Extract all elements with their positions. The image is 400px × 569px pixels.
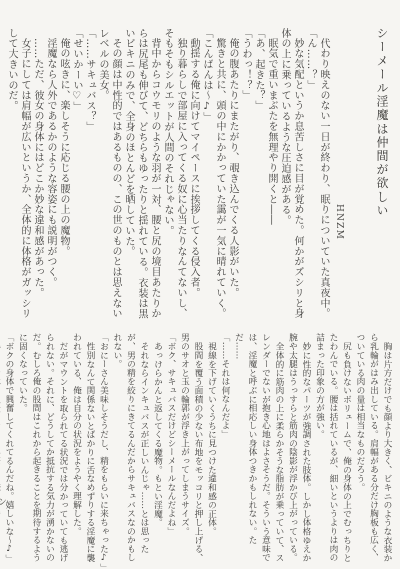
narration-paragraph: ……ただ、彼女の身体にはどこか妙な違和感があった。: [31, 28, 44, 320]
narration-paragraph: 尻も負けないボリュームで、俺の身体の上でむっちりとたわんでいる。腰は括れているが…: [312, 333, 353, 568]
narration-paragraph: 全体的に筋肉の上に柔らかそうな脂肪が乗っていて、スレンダーでないが抱き心地はよさ…: [231, 333, 285, 568]
dialogue-line: 「うわっ！？」: [239, 28, 252, 320]
lower-text-block: 胸は片方だけでも顔より大きく、ビキニのような衣装から乳輪がはみ出している。肩幅が…: [13, 333, 393, 568]
dialogue-line: 「……それは何なんだよ」: [218, 333, 232, 568]
page-title: シーメール淫魔は仲間が欲しい: [374, 27, 391, 227]
narration-paragraph: 女子にしては肩幅が広いというか、全体的に体格がガッシリして大きいのだ。: [5, 28, 31, 320]
narration-paragraph: だがマウントを取られてる状況では分かっていても逃げられない。それに、どうしてか抵…: [15, 333, 69, 568]
narration-paragraph: それならインキュバスが正しいんじゃ……とは思ったが、男の精を絞りにきてるんだから…: [110, 333, 151, 568]
narration-paragraph: 代わり映えのない一日が終わり、眠りについていた真夜中。: [317, 28, 330, 320]
novel-page: シーメール淫魔は仲間が欲しい HNZM 代わり映えのない一日が終わり、眠りについ…: [0, 0, 400, 569]
author-credit: HNZM: [334, 204, 344, 252]
narration-paragraph: 胸は片方だけでも顔より大きく、ビキニのような衣装から乳輪がはみ出している。肩幅が…: [353, 333, 394, 568]
page-edge-glyph: ン: [0, 497, 8, 517]
dialogue-line: 「おにーさん美味しそうだし、精をもらいに来ちゃった♪」: [96, 333, 110, 568]
dialogue-line: 「ボク、サキュバスだけどシーメールなんだよね」: [164, 333, 178, 568]
narration-paragraph: 俺の呟きに、楽しそうに応じる腰の上の魔物。: [57, 28, 70, 320]
narration-paragraph: 妙な気配というか息苦しさに目が覚めた。何かがズシリと身体の上に乗っているような圧…: [278, 28, 304, 320]
dialogue-line: 「あ、起きた？」: [252, 28, 265, 320]
narration-paragraph: 妙に性的なパーツが強調された肢体。しかし体格ゆえか腕や太腿はうっすらと筋肉の陰影…: [285, 333, 312, 568]
narration-paragraph: 視線を下げていくうちに見つけた違和感の正体。: [204, 333, 218, 568]
narration-paragraph: あっけらかんと返してくる魔物。もとい淫魔。: [150, 333, 164, 568]
narration-paragraph: 眠気で重いまぶたを無理やり開くと――: [265, 28, 278, 320]
dialogue-line: 「せいかーい♡」: [70, 28, 83, 320]
narration-paragraph: 驚きと共に、頭の中にかかっていた靄が一気に晴れていく。: [213, 28, 226, 320]
upper-text-block: 代わり映えのない一日が終わり、眠りについていた真夜中。「ん……？」妙な気配という…: [0, 28, 330, 320]
dialogue-line: 「……サキュバス？」: [83, 28, 96, 320]
narration-paragraph: 性別なんて関係ないとばかりに舌なめずりする淫魔に襲われている、俺は自分の状況をよ…: [69, 333, 96, 568]
narration-paragraph: 俺の腹あたりにまたがり、覗き込んでくる人影がいた。: [226, 28, 239, 320]
narration-paragraph: その顔は中性的ではあるものの、この世のものとは思えないレベルの美女。: [96, 28, 122, 320]
narration-paragraph: 淫魔なら人外であるかのような容姿にも説明がつく。: [44, 28, 57, 320]
narration-paragraph: 股間を覆う面積の少ない布地をモッコリと押し上げる、男のサオと玉の輪郭が浮き上がっ…: [177, 333, 204, 568]
dialogue-line: 「こんばんは～♪」: [200, 28, 213, 320]
narration-paragraph: 器用に身体を反転させて、手際よく俺の下着をはいでいく。: [0, 333, 2, 568]
narration-paragraph: 独り暮らしで部屋に入ってくる奴に心当たりなんてないし、そもそもシルエットが人間の…: [161, 28, 187, 320]
narration-paragraph: 背中からコウモリのような羽が一対、腰と尻の境目あたりからは尻尾も伸びて、どちらも…: [122, 28, 161, 320]
dialogue-line: 「ボクの身体で興奮してくれてるんだね。嬉しいな～♪」: [2, 333, 16, 568]
narration-paragraph: 動揺する俺に向けてマイペースに挨拶してくる侵入者。: [187, 28, 200, 320]
dialogue-line: 「ん……？」: [304, 28, 317, 320]
